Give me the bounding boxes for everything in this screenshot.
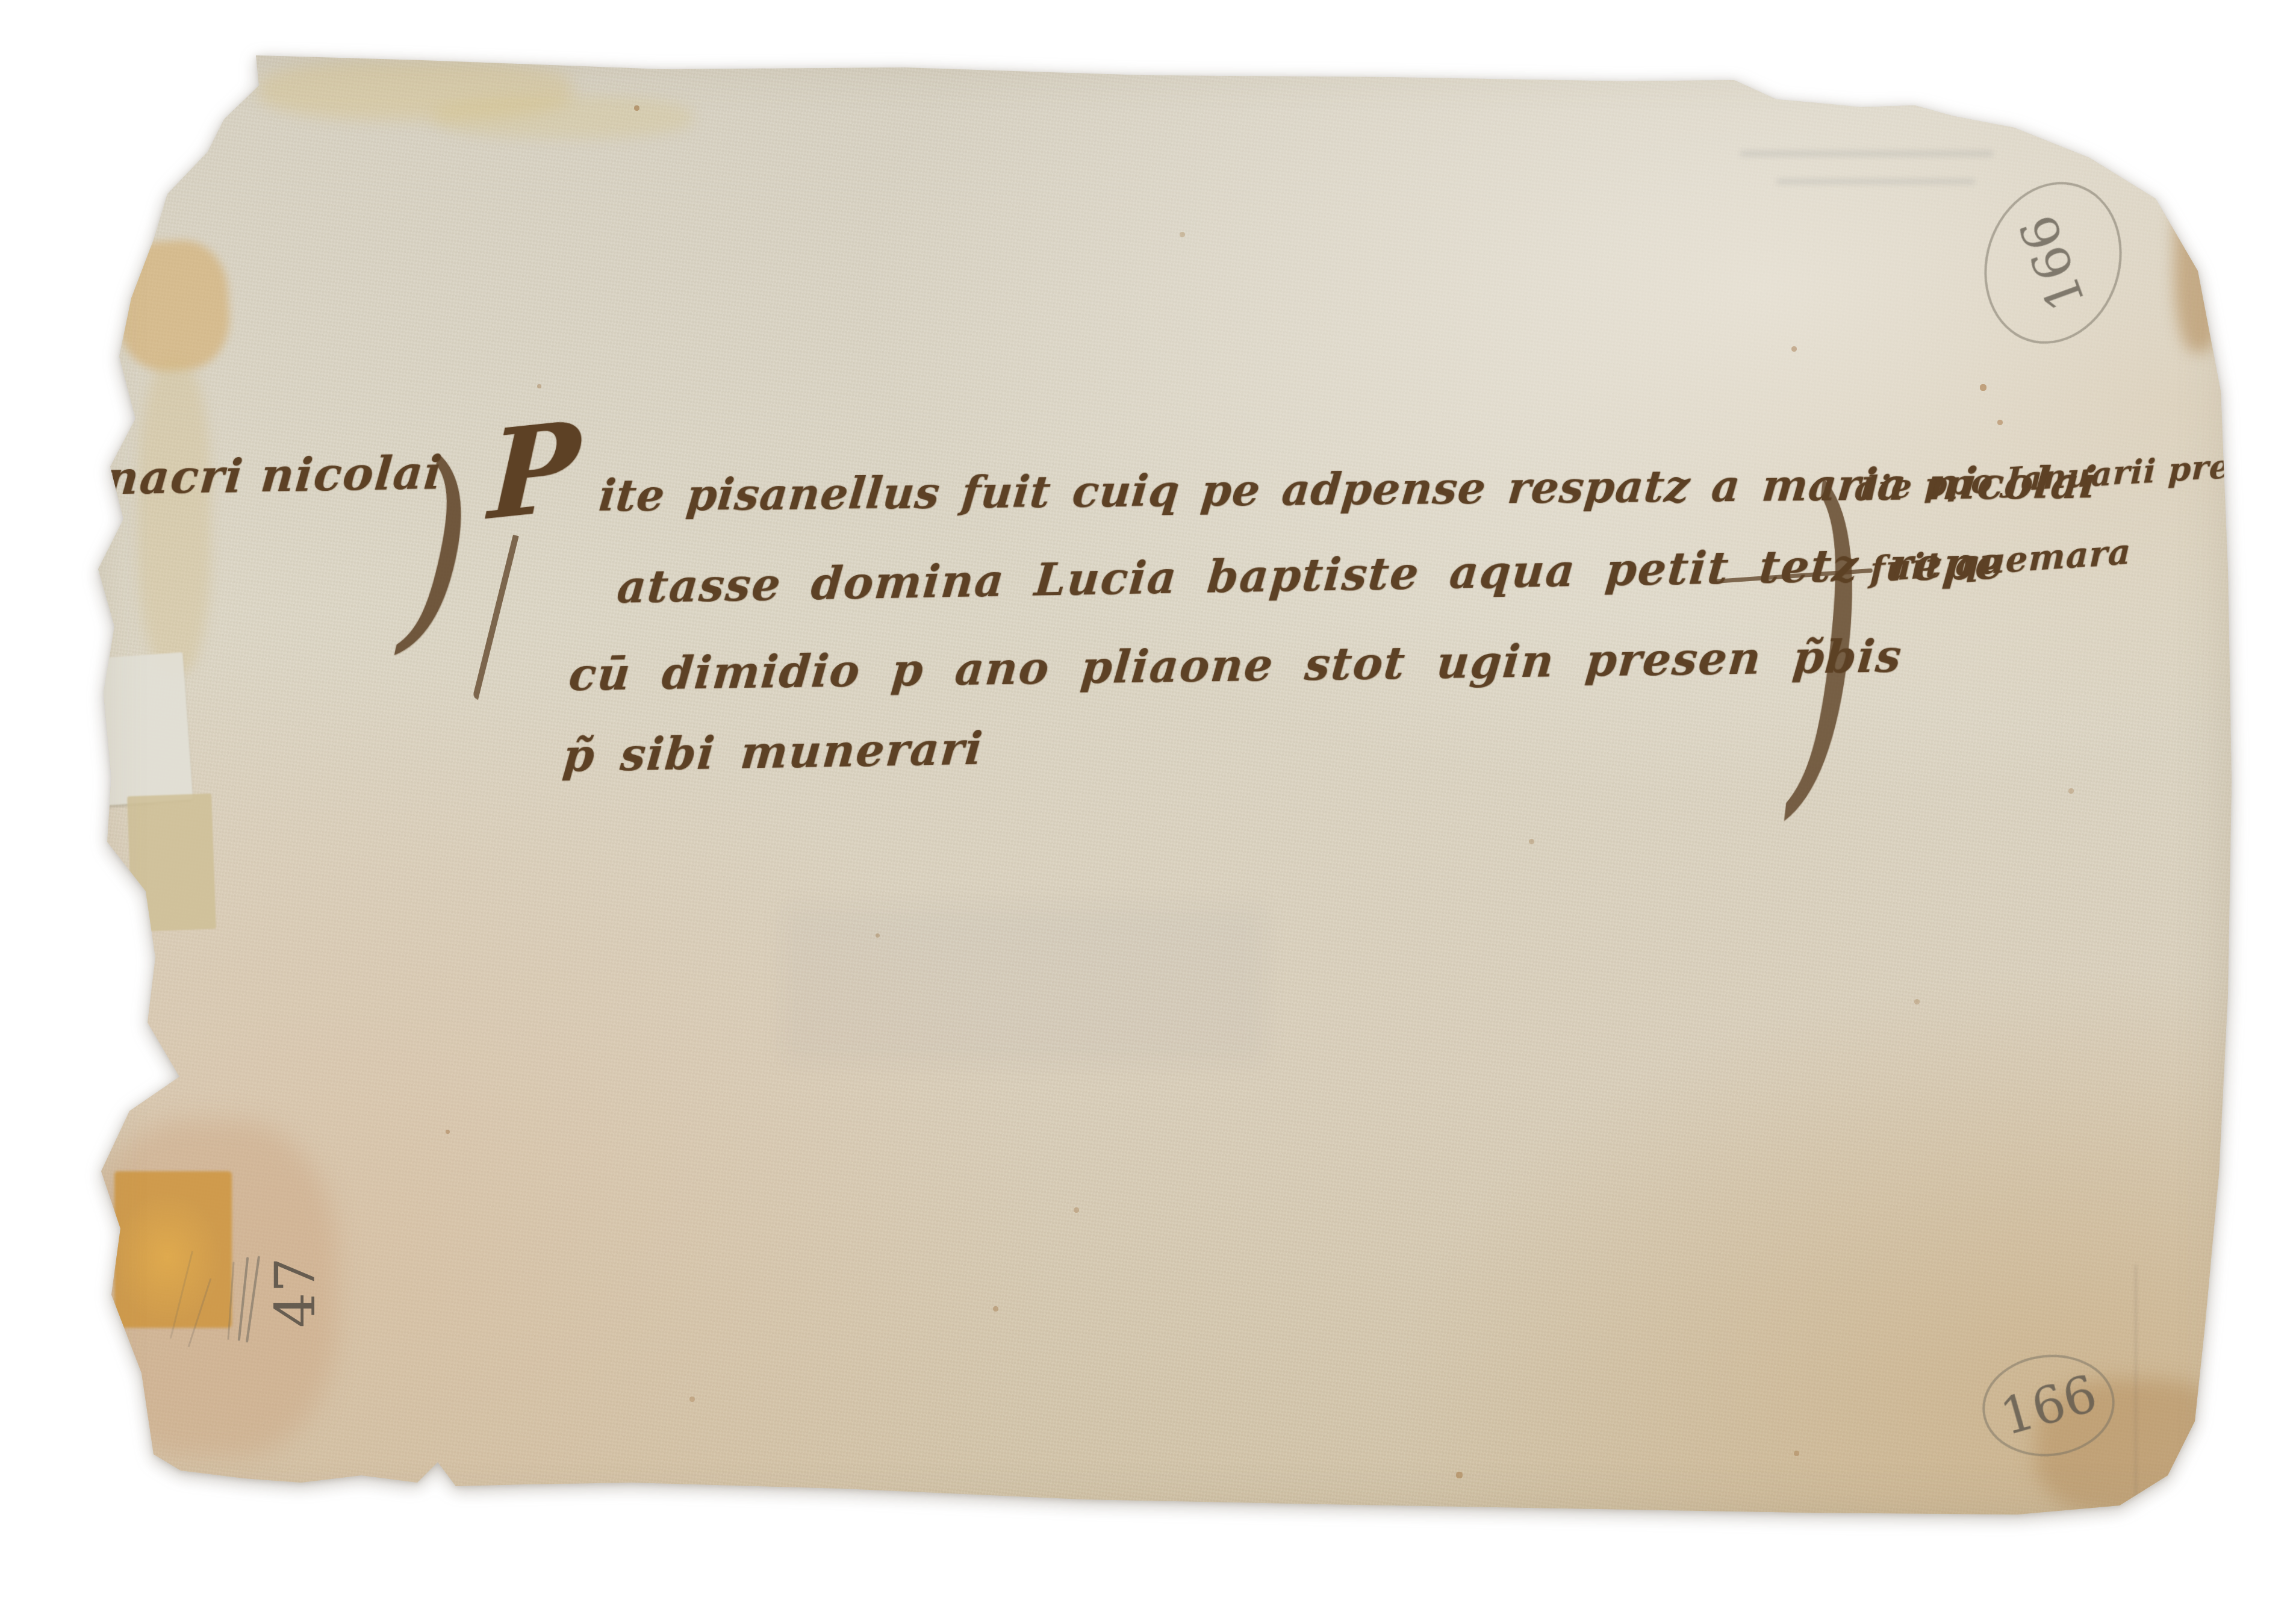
photograph-of-manuscript: nacri nicolai ) P ite pisanellus fuit cu… <box>0 0 2296 1597</box>
aged-paper-sheet: nacri nicolai ) P ite pisanellus fuit cu… <box>90 51 2234 1521</box>
paper-sheet-wrapper: nacri nicolai ) P ite pisanellus fuit cu… <box>90 51 2234 1521</box>
paper-vignette <box>90 51 2234 1521</box>
foxing-spots <box>90 51 92 53</box>
